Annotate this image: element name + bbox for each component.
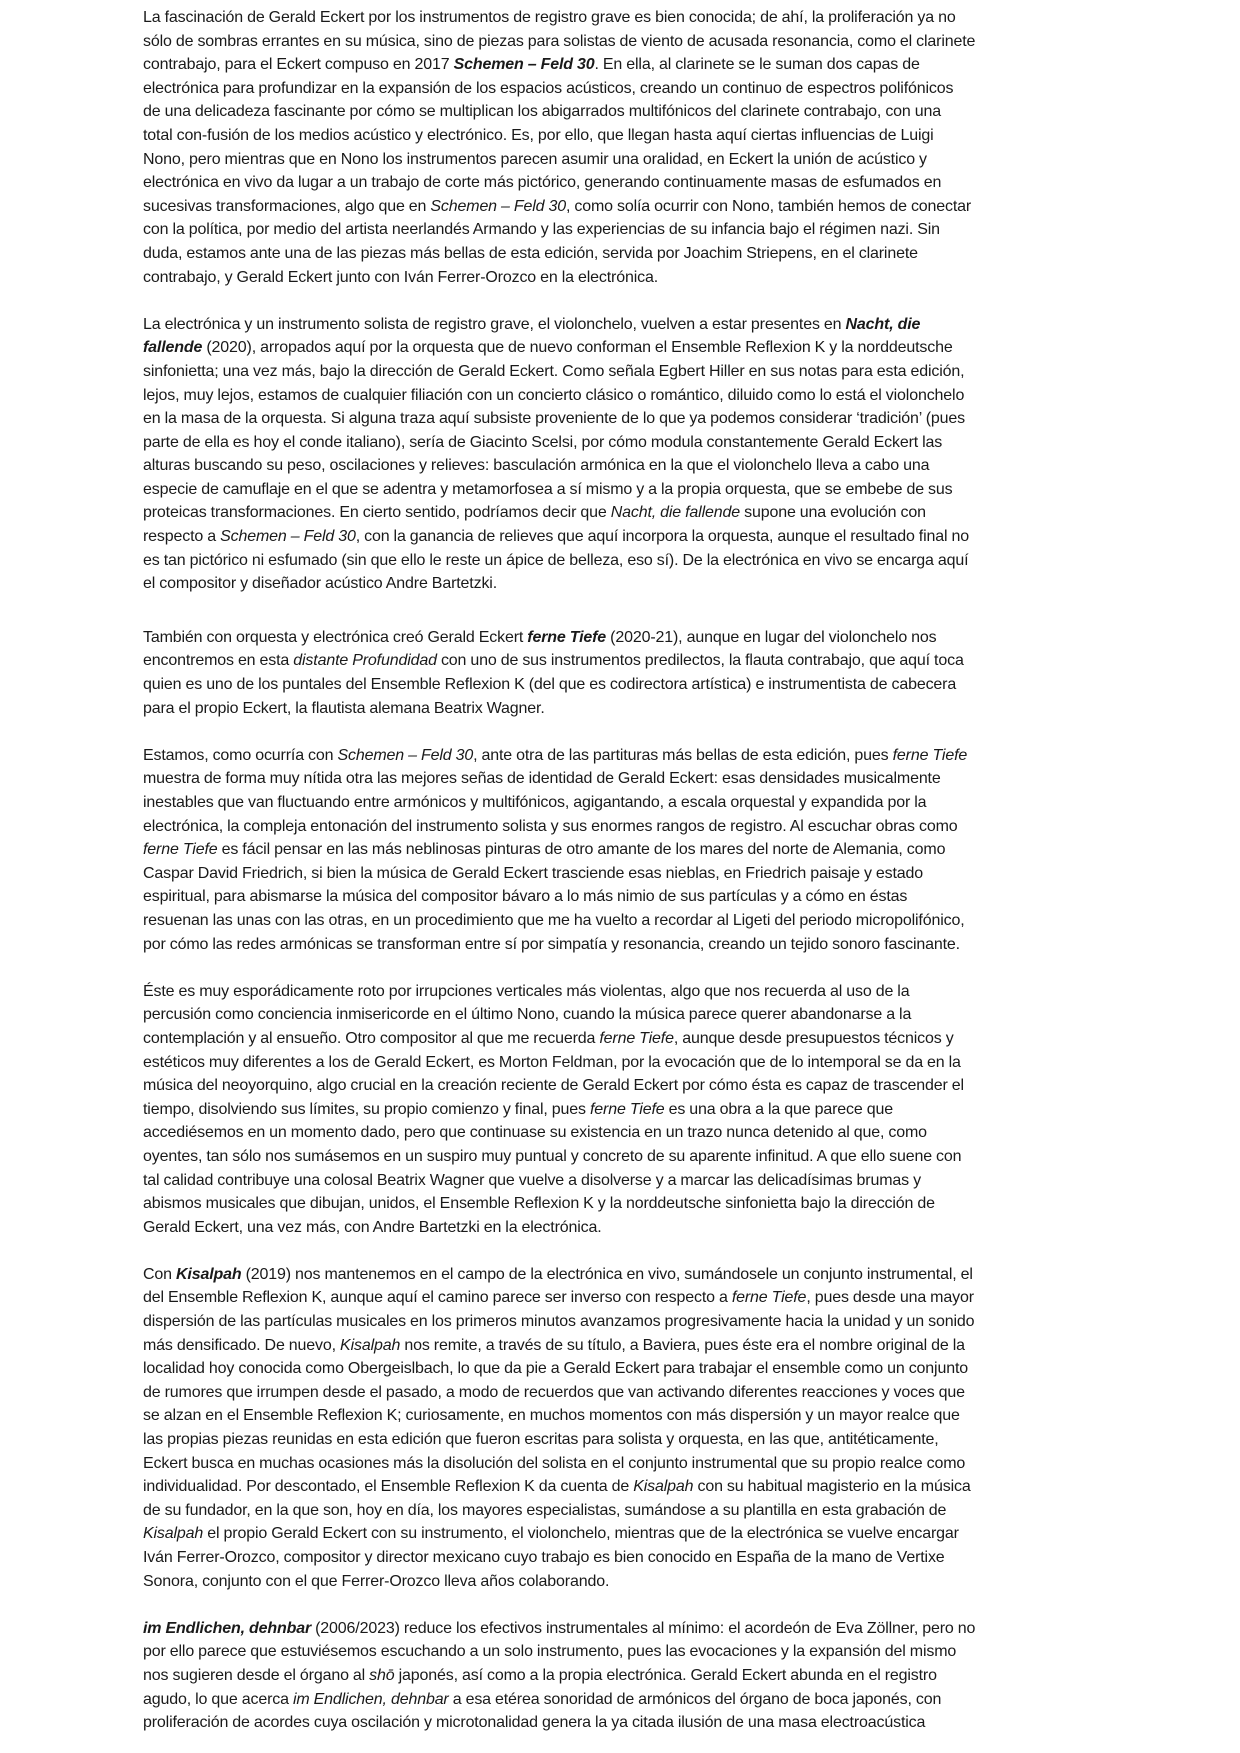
text-run: (2019) nos mantenemos en el campo de la … xyxy=(242,1266,973,1283)
text-run: , pues desde una mayor xyxy=(806,1289,974,1306)
text-line: inestables que van fluctuando entre armó… xyxy=(143,791,1043,815)
text-run: música del neoyorquino, algo crucial en … xyxy=(143,1077,964,1094)
text-run: nos remite, a través de su título, a Bav… xyxy=(400,1337,965,1354)
text-run: (2020), arropados aquí por la orquesta q… xyxy=(202,339,952,356)
text-run: del Ensemble Reflexion K, aunque aquí el… xyxy=(143,1289,732,1306)
text-run: más densificado. De nuevo, xyxy=(143,1337,340,1354)
text-run: las propias piezas reunidas en esta edic… xyxy=(143,1431,939,1448)
text-line: ferne Tiefe es fácil pensar en las más n… xyxy=(143,838,1043,862)
text-line: electrónica para profundizar en la expan… xyxy=(143,77,1043,101)
text-run: inestables que van fluctuando entre armó… xyxy=(143,794,926,811)
paragraph-schemen-feld-30: La fascinación de Gerald Eckert por los … xyxy=(143,6,1043,289)
text-line: proteicas transformaciones. En cierto se… xyxy=(143,501,1043,525)
text-run: japonés, así como a la propia electrónic… xyxy=(395,1667,937,1684)
work-title-italic: distante Profundidad xyxy=(293,652,437,669)
text-run: , ante otra de las partituras más bellas… xyxy=(473,747,893,764)
text-line: lejos, muy lejos, estamos de cualquier f… xyxy=(143,384,1043,408)
text-line: contrabajo, para el Eckert compuso en 20… xyxy=(143,53,1043,77)
text-run: , con la ganancia de relieves que aquí i… xyxy=(356,528,969,545)
text-line: espiritual, para abismarse la música del… xyxy=(143,885,1043,909)
text-line: tal calidad contribuye una colosal Beatr… xyxy=(143,1169,1043,1193)
text-line: Sonora, conjunto con el que Ferrer-Orozc… xyxy=(143,1570,1043,1594)
text-run: encontremos en esta xyxy=(143,652,293,669)
work-title-italic: Kisalpah xyxy=(143,1525,203,1542)
text-run: También con orquesta y electrónica creó … xyxy=(143,629,527,646)
work-title-italic: shō xyxy=(369,1667,394,1684)
text-run: Estamos, como ocurría con xyxy=(143,747,338,764)
text-line: sinfonietta; una vez más, bajo la direcc… xyxy=(143,360,1043,384)
text-line: percusión como conciencia inmisericorde … xyxy=(143,1003,1043,1027)
text-line: También con orquesta y electrónica creó … xyxy=(143,626,1043,650)
text-run: de rumores que irrumpen desde el pasado,… xyxy=(143,1384,965,1401)
text-line: respecto a Schemen – Feld 30, con la gan… xyxy=(143,525,1043,549)
text-line: proliferación de acordes cuya oscilación… xyxy=(143,1711,1043,1735)
text-run: estéticos muy diferentes a los de Gerald… xyxy=(143,1054,961,1071)
work-title-italic: ferne Tiefe xyxy=(599,1030,674,1047)
text-run: para el propio Eckert, la flautista alem… xyxy=(143,700,545,717)
work-title-bold: Schemen – Feld 30 xyxy=(454,56,595,73)
text-line: las propias piezas reunidas en esta edic… xyxy=(143,1428,1043,1452)
text-line: de su fundador, en la que son, hoy en dí… xyxy=(143,1499,1043,1523)
text-run: quien es uno de los puntales del Ensembl… xyxy=(143,676,956,693)
text-line: electrónica en vivo da lugar a un trabaj… xyxy=(143,171,1043,195)
text-line: de rumores que irrumpen desde el pasado,… xyxy=(143,1381,1043,1405)
text-run: individualidad. Por descontado, el Ensem… xyxy=(143,1478,633,1495)
text-line: muestra de forma muy nítida otra las mej… xyxy=(143,767,1043,791)
text-line: fallende (2020), arropados aquí por la o… xyxy=(143,336,1043,360)
text-run: alturas buscando su peso, oscilaciones y… xyxy=(143,457,929,474)
text-run: percusión como conciencia inmisericorde … xyxy=(143,1006,911,1023)
text-run: en la masa de la orquesta. Si alguna tra… xyxy=(143,410,965,427)
text-run: . En ella, al clarinete se le suman dos … xyxy=(595,56,920,73)
text-line: sucesivas transformaciones, algo que en … xyxy=(143,195,1043,219)
text-line: parte de ella es hoy el conde italiano),… xyxy=(143,431,1043,455)
text-run: tal calidad contribuye una colosal Beatr… xyxy=(143,1172,921,1189)
text-run: el propio Gerald Eckert con su instrumen… xyxy=(203,1525,959,1542)
text-run: contrabajo, y Gerald Eckert junto con Iv… xyxy=(143,269,658,286)
text-run: con uno de sus instrumentos predilectos,… xyxy=(437,652,964,669)
text-line: tiempo, disolviendo sus límites, su prop… xyxy=(143,1098,1043,1122)
text-line: agudo, lo que acerca im Endlichen, dehnb… xyxy=(143,1688,1043,1712)
text-line: especie de camuflaje en el que se adentr… xyxy=(143,478,1043,502)
text-line: estéticos muy diferentes a los de Gerald… xyxy=(143,1051,1043,1075)
text-line: individualidad. Por descontado, el Ensem… xyxy=(143,1475,1043,1499)
text-run: especie de camuflaje en el que se adentr… xyxy=(143,481,953,498)
text-run: respecto a xyxy=(143,528,220,545)
text-run: es tan pictórico ni esfumado (sin que el… xyxy=(143,552,968,569)
text-run: contrabajo, para el Eckert compuso en 20… xyxy=(143,56,454,73)
text-run: accediésemos en un momento dado, pero qu… xyxy=(143,1124,927,1141)
text-run: Nono, pero mientras que en Nono los inst… xyxy=(143,151,927,168)
text-run: Gerald Eckert, una vez más, con Andre Ba… xyxy=(143,1219,602,1236)
text-run: contemplación y al ensueño. Otro composi… xyxy=(143,1030,599,1047)
text-run: nos sugieren desde el órgano al xyxy=(143,1667,369,1684)
text-run: sólo de sombras errantes en su música, s… xyxy=(143,33,975,50)
text-run: resuenan las unas con las otras, en un p… xyxy=(143,912,965,929)
paragraph-ferne-tiefe-intro: También con orquesta y electrónica creó … xyxy=(143,626,1043,720)
text-run: sucesivas transformaciones, algo que en xyxy=(143,198,430,215)
work-title-italic: im Endlichen, dehnbar xyxy=(293,1691,449,1708)
text-run: a esa etérea sonoridad de armónicos del … xyxy=(449,1691,942,1708)
text-line: Con Kisalpah (2019) nos mantenemos en el… xyxy=(143,1263,1043,1287)
text-line: abismos musicales que dibujan, unidos, e… xyxy=(143,1192,1043,1216)
text-line: Eckert busca en muchas ocasiones más la … xyxy=(143,1452,1043,1476)
work-title-italic: Schemen – Feld 30 xyxy=(338,747,474,764)
text-run: oyentes, tan sólo nos sumásemos en un su… xyxy=(143,1148,961,1165)
text-run: duda, estamos ante una de las piezas más… xyxy=(143,245,918,262)
text-line: más densificado. De nuevo, Kisalpah nos … xyxy=(143,1334,1043,1358)
work-title-bold: Nacht, die xyxy=(846,316,921,333)
text-run: de su fundador, en la que son, hoy en dí… xyxy=(143,1502,946,1519)
paragraph-kisalpah: Con Kisalpah (2019) nos mantenemos en el… xyxy=(143,1263,1043,1593)
paragraph-spacer xyxy=(143,289,1043,313)
text-run: por ello parece que estuviésemos escucha… xyxy=(143,1643,956,1660)
text-line: se alzan en el Ensemble Reflexion K; cur… xyxy=(143,1404,1043,1428)
text-run: supone una evolución con xyxy=(740,504,926,521)
text-run: Con xyxy=(143,1266,176,1283)
text-line: La electrónica y un instrumento solista … xyxy=(143,313,1043,337)
text-run: , como solía ocurrir con Nono, también h… xyxy=(566,198,971,215)
work-title-bold: im Endlichen, dehnbar xyxy=(143,1620,311,1637)
text-line: contemplación y al ensueño. Otro composi… xyxy=(143,1027,1043,1051)
text-run: proteicas transformaciones. En cierto se… xyxy=(143,504,611,521)
text-run: el compositor y diseñador acústico Andre… xyxy=(143,575,497,592)
work-title-italic: ferne Tiefe xyxy=(893,747,968,764)
work-title-italic: ferne Tiefe xyxy=(143,841,218,858)
text-line: total con-fusión de los medios acústico … xyxy=(143,124,1043,148)
text-run: , aunque desde presupuestos técnicos y xyxy=(674,1030,954,1047)
paragraph-spacer xyxy=(143,1593,1043,1617)
text-line: dispersión de las partículas musicales e… xyxy=(143,1310,1043,1334)
text-line: Caspar David Friedrich, si bien la músic… xyxy=(143,862,1043,886)
work-title-italic: ferne Tiefe xyxy=(590,1101,665,1118)
work-title-bold: fallende xyxy=(143,339,202,356)
text-run: proliferación de acordes cuya oscilación… xyxy=(143,1714,925,1731)
text-line: Éste es muy esporádicamente roto por irr… xyxy=(143,980,1043,1004)
text-line: es tan pictórico ni esfumado (sin que el… xyxy=(143,549,1043,573)
text-line: por ello parece que estuviésemos escucha… xyxy=(143,1640,1043,1664)
text-run: dispersión de las partículas musicales e… xyxy=(143,1313,974,1330)
paragraph-spacer xyxy=(143,956,1043,980)
text-line: localidad hoy conocida como Obergeislbac… xyxy=(143,1357,1043,1381)
text-run: total con-fusión de los medios acústico … xyxy=(143,127,934,144)
text-run: de una delicadeza fascinante por cómo se… xyxy=(143,103,941,120)
paragraph-im-endlichen-dehnbar: im Endlichen, dehnbar (2006/2023) reduce… xyxy=(143,1617,1043,1735)
text-line: el compositor y diseñador acústico Andre… xyxy=(143,572,1043,596)
text-run: (2006/2023) reduce los efectivos instrum… xyxy=(311,1620,975,1637)
text-run: es una obra a la que parece que xyxy=(665,1101,893,1118)
text-line: resuenan las unas con las otras, en un p… xyxy=(143,909,1043,933)
work-title-italic: ferne Tiefe xyxy=(732,1289,807,1306)
text-run: (2020-21), aunque en lugar del violonche… xyxy=(606,629,936,646)
text-line: encontremos en esta distante Profundidad… xyxy=(143,649,1043,673)
text-line: Kisalpah el propio Gerald Eckert con su … xyxy=(143,1522,1043,1546)
work-title-bold: Kisalpah xyxy=(176,1266,242,1283)
text-line: La fascinación de Gerald Eckert por los … xyxy=(143,6,1043,30)
text-run: espiritual, para abismarse la música del… xyxy=(143,888,907,905)
paragraph-spacer xyxy=(143,1239,1043,1263)
text-run: La electrónica y un instrumento solista … xyxy=(143,316,846,333)
text-line: por cómo las redes armónicas se transfor… xyxy=(143,933,1043,957)
paragraph-nacht-die-fallende: La electrónica y un instrumento solista … xyxy=(143,313,1043,596)
text-line: música del neoyorquino, algo crucial en … xyxy=(143,1074,1043,1098)
text-run: muestra de forma muy nítida otra las mej… xyxy=(143,770,941,787)
text-line: contrabajo, y Gerald Eckert junto con Iv… xyxy=(143,266,1043,290)
text-run: abismos musicales que dibujan, unidos, e… xyxy=(143,1195,935,1212)
text-line: oyentes, tan sólo nos sumásemos en un su… xyxy=(143,1145,1043,1169)
text-line: de una delicadeza fascinante por cómo se… xyxy=(143,100,1043,124)
text-line: Nono, pero mientras que en Nono los inst… xyxy=(143,148,1043,172)
document-page: La fascinación de Gerald Eckert por los … xyxy=(143,6,1043,1735)
paragraph-ferne-tiefe-analysis: Estamos, como ocurría con Schemen – Feld… xyxy=(143,744,1043,956)
text-line: del Ensemble Reflexion K, aunque aquí el… xyxy=(143,1286,1043,1310)
text-run: electrónica para profundizar en la expan… xyxy=(143,80,953,97)
text-run: Éste es muy esporádicamente roto por irr… xyxy=(143,983,909,1000)
text-run: sinfonietta; una vez más, bajo la direcc… xyxy=(143,363,964,380)
text-line: electrónica, la compleja entonación del … xyxy=(143,815,1043,839)
text-run: tiempo, disolviendo sus límites, su prop… xyxy=(143,1101,590,1118)
text-line: en la masa de la orquesta. Si alguna tra… xyxy=(143,407,1043,431)
text-line: accediésemos en un momento dado, pero qu… xyxy=(143,1121,1043,1145)
text-run: electrónica, la compleja entonación del … xyxy=(143,818,958,835)
text-run: por cómo las redes armónicas se transfor… xyxy=(143,936,960,953)
work-title-italic: Nacht, die fallende xyxy=(611,504,740,521)
text-run: Caspar David Friedrich, si bien la músic… xyxy=(143,865,923,882)
text-line: alturas buscando su peso, oscilaciones y… xyxy=(143,454,1043,478)
paragraph-feldman-comparison: Éste es muy esporádicamente roto por irr… xyxy=(143,980,1043,1240)
text-line: Gerald Eckert, una vez más, con Andre Ba… xyxy=(143,1216,1043,1240)
text-run: Eckert busca en muchas ocasiones más la … xyxy=(143,1455,965,1472)
text-run: Sonora, conjunto con el que Ferrer-Orozc… xyxy=(143,1573,609,1590)
text-line: con la política, por medio del artista n… xyxy=(143,218,1043,242)
text-run: Iván Ferrer-Orozco, compositor y directo… xyxy=(143,1549,945,1566)
text-run: es fácil pensar en las más neblinosas pi… xyxy=(218,841,946,858)
work-title-italic: Schemen – Feld 30 xyxy=(220,528,356,545)
text-line: duda, estamos ante una de las piezas más… xyxy=(143,242,1043,266)
text-line: Estamos, como ocurría con Schemen – Feld… xyxy=(143,744,1043,768)
text-line: quien es uno de los puntales del Ensembl… xyxy=(143,673,1043,697)
text-line: para el propio Eckert, la flautista alem… xyxy=(143,697,1043,721)
text-run: parte de ella es hoy el conde italiano),… xyxy=(143,434,942,451)
text-run: se alzan en el Ensemble Reflexion K; cur… xyxy=(143,1407,960,1424)
text-line: Iván Ferrer-Orozco, compositor y directo… xyxy=(143,1546,1043,1570)
paragraph-spacer xyxy=(143,596,1043,626)
paragraph-spacer xyxy=(143,720,1043,744)
text-line: im Endlichen, dehnbar (2006/2023) reduce… xyxy=(143,1617,1043,1641)
text-run: electrónica en vivo da lugar a un trabaj… xyxy=(143,174,941,191)
work-title-italic: Kisalpah xyxy=(633,1478,693,1495)
work-title-italic: Schemen – Feld 30 xyxy=(430,198,566,215)
text-line: sólo de sombras errantes en su música, s… xyxy=(143,30,1043,54)
text-run: con la política, por medio del artista n… xyxy=(143,221,940,238)
text-run: La fascinación de Gerald Eckert por los … xyxy=(143,9,956,26)
work-title-italic: Kisalpah xyxy=(340,1337,400,1354)
text-run: agudo, lo que acerca xyxy=(143,1691,293,1708)
text-line: nos sugieren desde el órgano al shō japo… xyxy=(143,1664,1043,1688)
text-run: localidad hoy conocida como Obergeislbac… xyxy=(143,1360,968,1377)
text-run: con su habitual magisterio en la música xyxy=(693,1478,970,1495)
text-run: lejos, muy lejos, estamos de cualquier f… xyxy=(143,387,964,404)
work-title-bold: ferne Tiefe xyxy=(527,629,606,646)
